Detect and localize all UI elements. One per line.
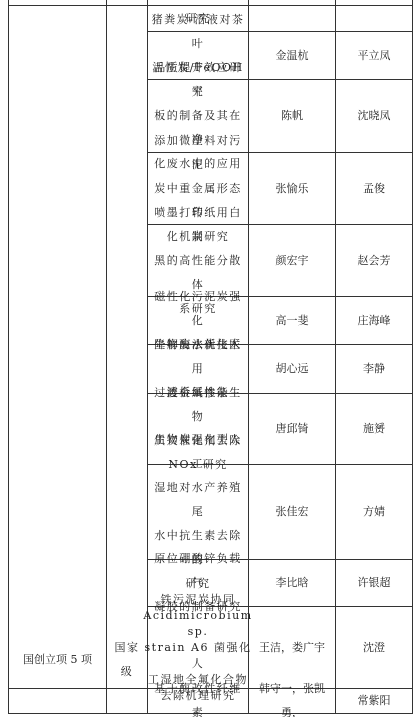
- leader-cell: 颜宏宇: [249, 225, 335, 296]
- level-cell: 国家级: [107, 607, 147, 713]
- text-line: 磁性化污泥炭强化: [151, 285, 245, 333]
- advisor-cell: 赵会芳: [336, 225, 412, 296]
- project-table: 研究猪粪炭-沼液对茶叶品质提升效应研究金温杭平立凤活性炭/FeOOH 平板的制备…: [0, 0, 418, 717]
- text-line: Acidimicrobium sp.: [143, 608, 252, 640]
- text: 唐邱锜: [276, 417, 309, 441]
- text-line: 猪粪炭-沼液对茶叶: [151, 8, 245, 56]
- text-line: 生物酶法优化医用: [151, 333, 245, 381]
- project-topic-cell: 铁污泥炭协同Acidimicrobium sp.strain A6 菌强化人工湿…: [148, 607, 248, 688]
- text-line: 生物炭强化型人工: [151, 428, 245, 476]
- advisor-cell: 方婧: [336, 465, 412, 559]
- advisor-cell: 常紫阳: [336, 689, 412, 713]
- text-line: 湿地对水产养殖尾: [151, 476, 245, 524]
- advisor-cell: 许银超: [336, 560, 412, 606]
- leader-cell: 张佳宏: [249, 465, 335, 559]
- leader-cell: 陈帆: [249, 80, 335, 152]
- text: 李比晗: [276, 571, 309, 595]
- text: 赵会芳: [358, 249, 391, 273]
- text: 孟俊: [363, 177, 385, 201]
- text: 高一斐: [276, 309, 309, 333]
- text-line: strain A6 菌强化人: [143, 640, 252, 672]
- text: 沈晓凤: [358, 104, 391, 128]
- text-line: 铁污泥炭协同: [143, 592, 252, 608]
- advisor-cell: 李静: [336, 345, 412, 393]
- text: 方婧: [363, 500, 385, 524]
- project-topic-cell: 基于酶改性纤维素: [148, 689, 248, 713]
- advisor-cell: [336, 6, 412, 31]
- text: 张佳宏: [276, 500, 309, 524]
- leader-cell: 唐邱锜: [249, 394, 335, 464]
- text: 金温杭: [276, 44, 309, 68]
- text-line: 国家: [115, 636, 140, 660]
- leader-cell: 张愉乐: [249, 153, 335, 224]
- text: 沈澄: [363, 636, 385, 660]
- advisor-cell: 沈澄: [336, 607, 412, 688]
- text: 平立凤: [358, 44, 391, 68]
- advisor-cell: 平立凤: [336, 32, 412, 79]
- leader-cell: 王洁，娄广宇: [249, 607, 335, 688]
- text: 国创立项 5 项: [23, 648, 92, 672]
- text: 王洁，娄广宇: [259, 636, 325, 660]
- advisor-cell: 孟俊: [336, 153, 412, 224]
- leader-cell: 韩守一，张凯勇，: [249, 689, 335, 713]
- text-line: 添加微塑料对污泥: [151, 129, 245, 177]
- text: 韩守一，张凯勇，: [252, 677, 332, 717]
- category-cell: 国创立项 5 项: [9, 607, 106, 713]
- leader-cell: [249, 6, 335, 31]
- text: 常紫阳: [358, 689, 391, 713]
- text-line: 活性炭/FeOOH 平: [151, 56, 245, 104]
- leader-cell: 金温杭: [249, 32, 335, 79]
- text-line: 基于酶改性纤维素: [151, 677, 245, 717]
- text-line: 过渡金属掺杂生物: [151, 381, 245, 429]
- project-topic-cell: 生物炭强化型人工湿地对水产养殖尾水中抗生素去除的研究: [148, 465, 248, 559]
- text: 庄海峰: [358, 309, 391, 333]
- text: 胡心远: [276, 357, 309, 381]
- advisor-cell: 施赟: [336, 394, 412, 464]
- text: 张愉乐: [276, 177, 309, 201]
- text-line: 级: [115, 660, 140, 684]
- text-line: 喷墨打印纸用白炭: [151, 201, 245, 249]
- text: 陈帆: [281, 104, 303, 128]
- text: 颜宏宇: [276, 249, 309, 273]
- text: 李静: [363, 357, 385, 381]
- leader-cell: 李比晗: [249, 560, 335, 606]
- text-line: 原位硼酸锌负载气: [151, 547, 245, 595]
- text: 施赟: [363, 417, 385, 441]
- leader-cell: 高一斐: [249, 297, 335, 344]
- advisor-cell: 庄海峰: [336, 297, 412, 344]
- leader-cell: 胡心远: [249, 345, 335, 393]
- advisor-cell: 沈晓凤: [336, 80, 412, 152]
- text: 许银超: [358, 571, 391, 595]
